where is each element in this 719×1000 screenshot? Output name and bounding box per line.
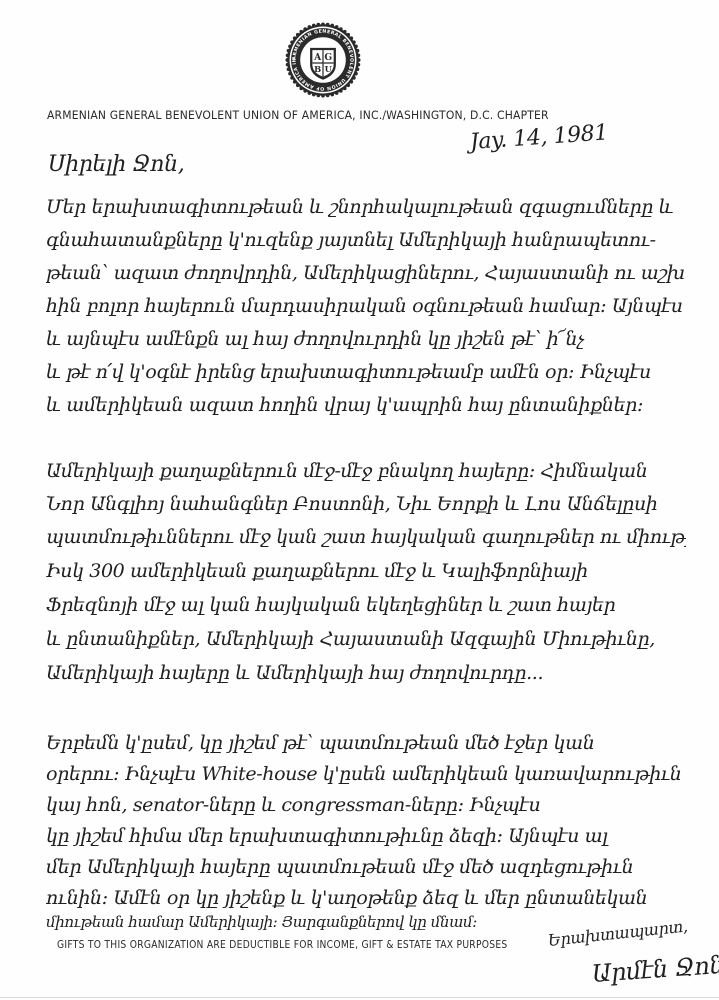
paragraph-1-line: հին բոլոր հայերուն մարդասիրական օգնութեա… xyxy=(46,295,686,317)
salutation: Սիրելի Ջոն, xyxy=(48,152,184,177)
paragraph-3-line: կը յիշեմ հիմա մեր երախտագիտութիւնը ձեզի։… xyxy=(46,825,686,847)
page-bottom-edge xyxy=(0,997,719,998)
paragraph-1-line: գնահատանքները կ'ուզենք յայտնել Ամերիկայի… xyxy=(46,229,686,251)
paragraph-3-line: մեր Ամերիկայի հայերը պատմութեան մէջ մեծ … xyxy=(46,856,686,878)
paragraph-1-line: և ամերիկեան ազատ հողին վրայ կ'ապրին հայ … xyxy=(46,394,686,416)
seal-initial-a: A xyxy=(313,52,322,63)
paragraph-2-line: Ֆրեզնոյի մէջ ալ կան հայկական եկեղեցիներ … xyxy=(46,594,686,616)
paragraph-2-line: Նոր Անգլիոյ նահանգներ Բոստոնի, Նիւ Եորքի… xyxy=(46,493,686,515)
paragraph-2-line: պատմութիւններու մէջ կան շատ հայկական գաղ… xyxy=(46,526,686,548)
seal-initial-g: G xyxy=(324,52,332,63)
signature: Արմէն Ջոնեան xyxy=(591,947,719,988)
paragraph-2-line: Իսկ 300 ամերիկեան քաղաքներու մէջ և Կալիֆ… xyxy=(46,560,686,582)
paragraph-1-line: և այնպէս ամէնքն ալ հայ ժողովուրդին կը յի… xyxy=(46,328,686,350)
agbu-seal-logo: ARMENIAN GENERAL BENEVOLENT UNION OF AME… xyxy=(285,22,361,98)
seal-initial-b: B xyxy=(314,64,321,74)
letterhead-organization: ARMENIAN GENERAL BENEVOLENT UNION OF AME… xyxy=(47,108,549,122)
paragraph-1-line: թեան՝ ազատ ժողովրդին, Ամերիկացիներու, Հա… xyxy=(46,262,686,284)
seal-initial-u: U xyxy=(325,64,333,74)
paragraph-2-line: Ամերիկայի հայերը և Ամերիկայի հայ ժողովու… xyxy=(46,662,686,684)
paragraph-3-line: կայ հոն, senator-ները և congressman-ները… xyxy=(46,794,686,816)
paragraph-3-line: ունին։ Ամէն օր կը յիշենք և կ'աղօթենք ձեզ… xyxy=(46,887,686,909)
paragraph-3-line: Երբեմն կ'ըսեմ, կը յիշեմ թէ՝ պատմութեան մ… xyxy=(46,732,686,754)
paragraph-1-line: Մեր երախտագիտութեան և շնորհակալութեան զգ… xyxy=(46,196,686,218)
paragraph-2-line: և ընտանիքներ, Ամերիկայի Հայաստանի Ազգայի… xyxy=(46,628,686,650)
paragraph-2-line: Ամերիկայի քաղաքներուն մէջ-մէջ բնակող հայ… xyxy=(46,460,686,482)
tax-deductible-note: GIFTS TO THIS ORGANIZATION ARE DEDUCTIBL… xyxy=(57,940,507,951)
letter-date: Jay. 14, 1981 xyxy=(469,120,609,155)
letter-page: ARMENIAN GENERAL BENEVOLENT UNION OF AME… xyxy=(0,0,719,1000)
paragraph-1-line: և թէ ո՛վ կ'օգնէ իրենց երախտագիտութեամբ ա… xyxy=(46,361,686,383)
paragraph-3-line: օրերու։ Ինչպէս White-house կ'ըսեն ամերիկ… xyxy=(46,763,686,785)
